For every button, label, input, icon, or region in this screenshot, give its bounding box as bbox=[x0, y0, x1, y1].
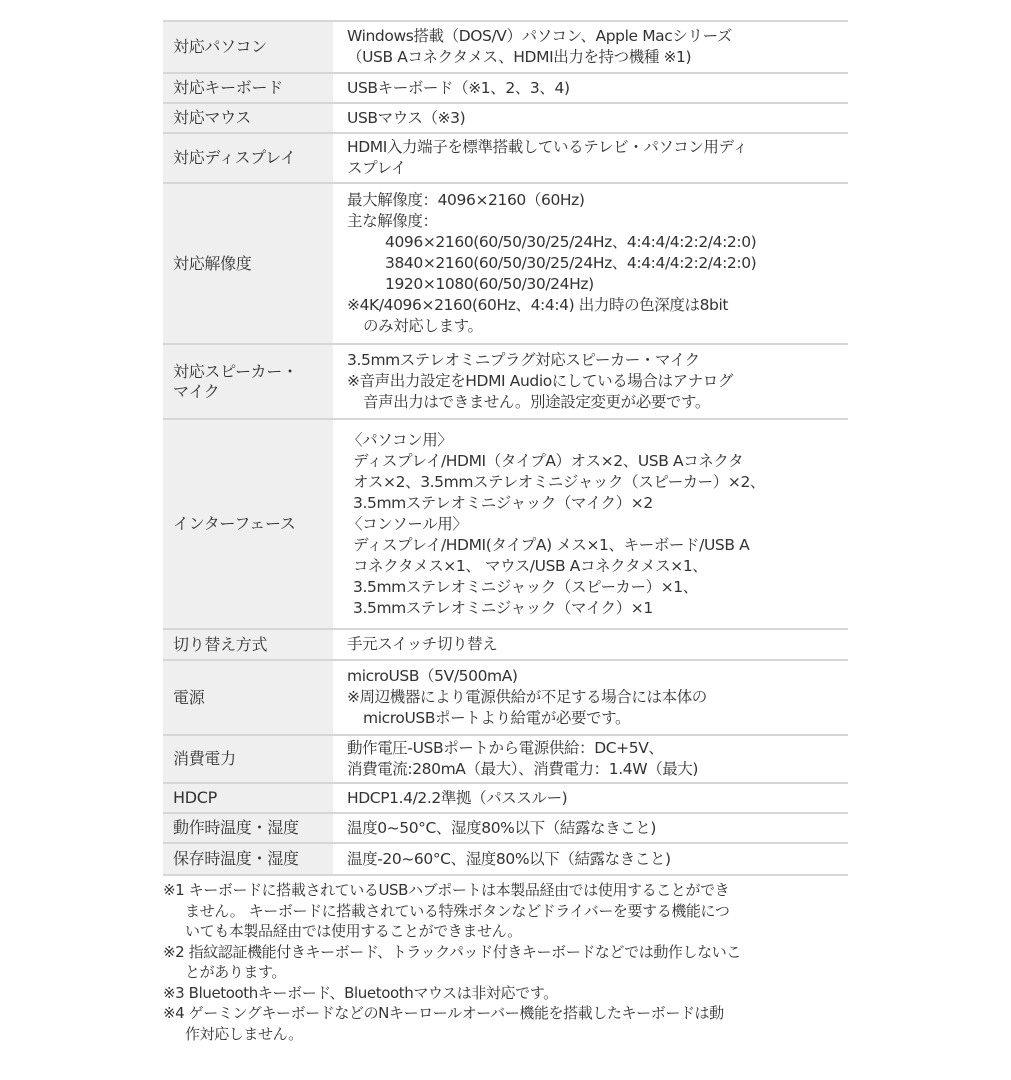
spec-value-line: （USB Aコネクタメス、HDMI出力を持つ機種 ※1) bbox=[347, 47, 844, 68]
spec-label: 切り替え方式 bbox=[163, 630, 333, 659]
spec-label: 対応解像度 bbox=[163, 184, 333, 343]
footnote-line: ※1 キーボードに搭載されているUSBハブポートは本製品経由では使用することがで… bbox=[163, 880, 853, 901]
spec-value-line: のみ対応します。 bbox=[347, 316, 844, 337]
spec-value: 温度0~50°C、湿度80%以下（結露なきこと) bbox=[333, 814, 848, 842]
spec-row: 電源microUSB（5V/500mA)※周辺機器により電源供給が不足する場合に… bbox=[163, 661, 848, 736]
spec-value: 3.5mmステレオミニプラグ対応スピーカー・マイク※音声出力設定をHDMI Au… bbox=[333, 345, 848, 418]
spec-label: 対応マウス bbox=[163, 104, 333, 132]
spec-row: 対応キーボードUSBキーボード（※1、2、3、4) bbox=[163, 74, 848, 104]
spec-table: 対応パソコンWindows搭載（DOS/V）パソコン、Apple Macシリーズ… bbox=[163, 20, 848, 876]
footnote-line: ※2 指紋認証機能付きキーボード、トラックパッド付きキーボードなどでは動作しない… bbox=[163, 942, 853, 963]
spec-row: HDCPHDCP1.4/2.2準拠（パススルー) bbox=[163, 784, 848, 814]
spec-row: 消費電力動作電圧-USBポートから電源供給：DC+5V、消費電流:280mA（最… bbox=[163, 736, 848, 784]
spec-value-line: ※周辺機器により電源供給が不足する場合には本体の bbox=[347, 687, 844, 708]
spec-row: 対応パソコンWindows搭載（DOS/V）パソコン、Apple Macシリーズ… bbox=[163, 22, 848, 74]
spec-value-line: Windows搭載（DOS/V）パソコン、Apple Macシリーズ bbox=[347, 26, 844, 47]
spec-value-line: 温度-20~60°C、湿度80%以下（結露なきこと) bbox=[347, 849, 844, 870]
spec-value-line: 3.5mmステレオミニプラグ対応スピーカー・マイク bbox=[347, 350, 844, 371]
spec-row: 動作時温度・湿度温度0~50°C、湿度80%以下（結露なきこと) bbox=[163, 814, 848, 844]
spec-value-line: オス×2、3.5mmステレオミニジャック（スピーカー）×2、 bbox=[347, 472, 844, 493]
spec-row: 切り替え方式手元スイッチ切り替え bbox=[163, 630, 848, 661]
spec-value-line: ※4K/4096×2160(60Hz、4:4:4) 出力時の色深度は8bit bbox=[347, 295, 844, 316]
spec-value-line: microUSBポートより給電が必要です。 bbox=[347, 708, 844, 729]
footnote-line: ※4 ゲーミングキーボードなどのNキーロールオーバー機能を搭載したキーボードは動 bbox=[163, 1003, 853, 1024]
spec-value: 最大解像度：4096×2160（60Hz)主な解像度：4096×2160(60/… bbox=[333, 184, 848, 343]
footnote: ※4 ゲーミングキーボードなどのNキーロールオーバー機能を搭載したキーボードは動… bbox=[163, 1003, 853, 1044]
footnote-line: いても本製品経由では使用することができません。 bbox=[163, 921, 853, 942]
spec-label: 保存時温度・湿度 bbox=[163, 844, 333, 874]
spec-value-line: 4096×2160(60/50/30/25/24Hz、4:4:4/4:2:2/4… bbox=[347, 232, 844, 253]
spec-value: USBキーボード（※1、2、3、4) bbox=[333, 74, 848, 102]
spec-value-line: HDCP1.4/2.2準拠（パススルー) bbox=[347, 788, 844, 809]
spec-value-line: 3.5mmステレオミニジャック（スピーカー）×1、 bbox=[347, 577, 844, 598]
spec-row: 対応ディスプレイHDMI入力端子を標準搭載しているテレビ・パソコン用ディスプレイ bbox=[163, 134, 848, 184]
spec-value: 温度-20~60°C、湿度80%以下（結露なきこと) bbox=[333, 844, 848, 874]
spec-row: 対応マウスUSBマウス（※3) bbox=[163, 104, 848, 134]
spec-value: Windows搭載（DOS/V）パソコン、Apple Macシリーズ（USB A… bbox=[333, 22, 848, 72]
spec-value-line: microUSB（5V/500mA) bbox=[347, 666, 844, 687]
footnote-line: ※3 Bluetoothキーボード、Bluetoothマウスは非対応です。 bbox=[163, 983, 853, 1004]
spec-value-line: 最大解像度：4096×2160（60Hz) bbox=[347, 190, 844, 211]
spec-value-line: 主な解像度： bbox=[347, 211, 844, 232]
spec-value-line: ※音声出力設定をHDMI Audioにしている場合はアナログ bbox=[347, 371, 844, 392]
spec-value: HDCP1.4/2.2準拠（パススルー) bbox=[333, 784, 848, 812]
footnote: ※2 指紋認証機能付きキーボード、トラックパッド付きキーボードなどでは動作しない… bbox=[163, 942, 853, 983]
spec-row: 対応解像度最大解像度：4096×2160（60Hz)主な解像度：4096×216… bbox=[163, 184, 848, 345]
footnote: ※3 Bluetoothキーボード、Bluetoothマウスは非対応です。 bbox=[163, 983, 853, 1004]
spec-label: 電源 bbox=[163, 661, 333, 734]
spec-value-line: 3.5mmステレオミニジャック（マイク）×2 bbox=[347, 493, 844, 514]
spec-value-line: ディスプレイ/HDMI(タイプA) メス×1、キーボード/USB A bbox=[347, 535, 844, 556]
spec-label: 対応キーボード bbox=[163, 74, 333, 102]
spec-value-line: 温度0~50°C、湿度80%以下（結露なきこと) bbox=[347, 818, 844, 839]
spec-value: microUSB（5V/500mA)※周辺機器により電源供給が不足する場合には本… bbox=[333, 661, 848, 734]
spec-value-line: HDMI入力端子を標準搭載しているテレビ・パソコン用ディ bbox=[347, 137, 844, 158]
footnotes: ※1 キーボードに搭載されているUSBハブポートは本製品経由では使用することがで… bbox=[163, 880, 853, 1044]
spec-value-line: 動作電圧-USBポートから電源供給：DC+5V、 bbox=[347, 738, 844, 759]
spec-row: インターフェース〈パソコン用〉ディスプレイ/HDMI（タイプA）オス×2、USB… bbox=[163, 420, 848, 630]
spec-value-line: 手元スイッチ切り替え bbox=[347, 634, 844, 655]
spec-value: 手元スイッチ切り替え bbox=[333, 630, 848, 659]
spec-value-line: 1920×1080(60/50/30/24Hz) bbox=[347, 274, 844, 295]
spec-value-line: ディスプレイ/HDMI（タイプA）オス×2、USB Aコネクタ bbox=[347, 451, 844, 472]
spec-row: 対応スピーカー・ マイク3.5mmステレオミニプラグ対応スピーカー・マイク※音声… bbox=[163, 345, 848, 420]
spec-label: 対応スピーカー・ マイク bbox=[163, 345, 333, 418]
footnote-line: とがあります。 bbox=[163, 962, 853, 983]
spec-value: 〈パソコン用〉ディスプレイ/HDMI（タイプA）オス×2、USB Aコネクタオス… bbox=[333, 420, 848, 628]
spec-value-line: 音声出力はできません。別途設定変更が必要です。 bbox=[347, 392, 844, 413]
spec-value-line: 消費電流:280mA（最大）、消費電力：1.4W（最大) bbox=[347, 759, 844, 780]
spec-value-line: 〈パソコン用〉 bbox=[347, 430, 844, 451]
spec-label: インターフェース bbox=[163, 420, 333, 628]
footnote-line: 作対応しません。 bbox=[163, 1024, 853, 1045]
spec-value: HDMI入力端子を標準搭載しているテレビ・パソコン用ディスプレイ bbox=[333, 134, 848, 182]
spec-label: HDCP bbox=[163, 784, 333, 812]
spec-value-line: USBキーボード（※1、2、3、4) bbox=[347, 78, 844, 99]
spec-label: 対応パソコン bbox=[163, 22, 333, 72]
footnote: ※1 キーボードに搭載されているUSBハブポートは本製品経由では使用することがで… bbox=[163, 880, 853, 942]
spec-row: 保存時温度・湿度温度-20~60°C、湿度80%以下（結露なきこと) bbox=[163, 844, 848, 874]
footnote-line: ません。 キーボードに搭載されている特殊ボタンなどドライバーを要する機能につ bbox=[163, 901, 853, 922]
spec-value-line: コネクタメス×1、 マウス/USB Aコネクタメス×1、 bbox=[347, 556, 844, 577]
spec-label: 対応ディスプレイ bbox=[163, 134, 333, 182]
spec-label: 動作時温度・湿度 bbox=[163, 814, 333, 842]
spec-value-line: 3840×2160(60/50/30/25/24Hz、4:4:4/4:2:2/4… bbox=[347, 253, 844, 274]
spec-value: USBマウス（※3) bbox=[333, 104, 848, 132]
spec-value-line: USBマウス（※3) bbox=[347, 108, 844, 129]
spec-value-line: 〈コンソール用〉 bbox=[347, 514, 844, 535]
spec-value-line: スプレイ bbox=[347, 158, 844, 179]
spec-value-line: 3.5mmステレオミニジャック（マイク）×1 bbox=[347, 598, 844, 619]
spec-value: 動作電圧-USBポートから電源供給：DC+5V、消費電流:280mA（最大）、消… bbox=[333, 736, 848, 782]
spec-label: 消費電力 bbox=[163, 736, 333, 782]
